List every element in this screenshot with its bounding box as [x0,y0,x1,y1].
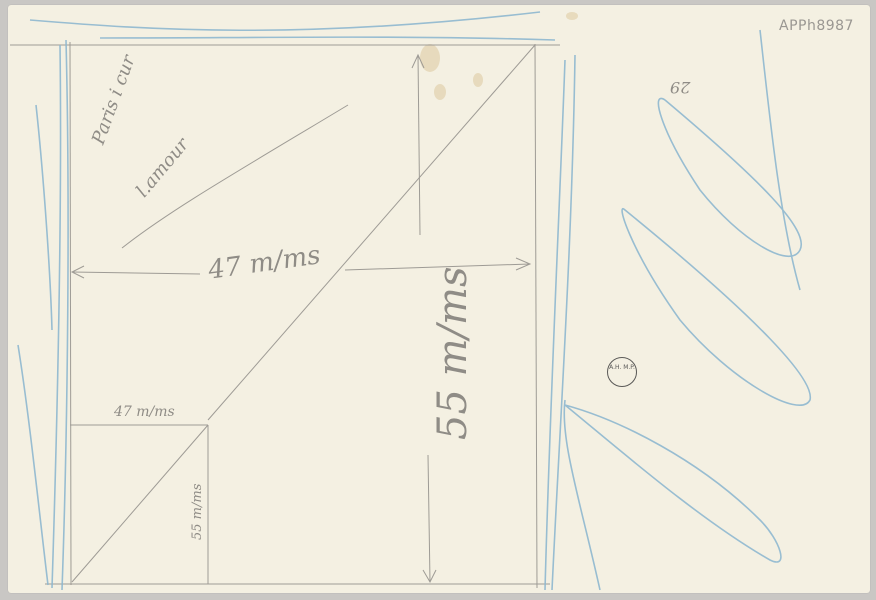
page-number: 29 [670,78,690,97]
collection-stamp: A.H. M.P. [607,357,637,387]
inventory-number: APPh8987 [779,18,854,34]
dimension-small-width: 47 m/ms [114,404,175,420]
blue-crayon-strokes [18,12,810,590]
dimension-small-height: 55 m/ms [190,484,205,540]
dimension-right-height: 55 m/ms [430,267,476,440]
